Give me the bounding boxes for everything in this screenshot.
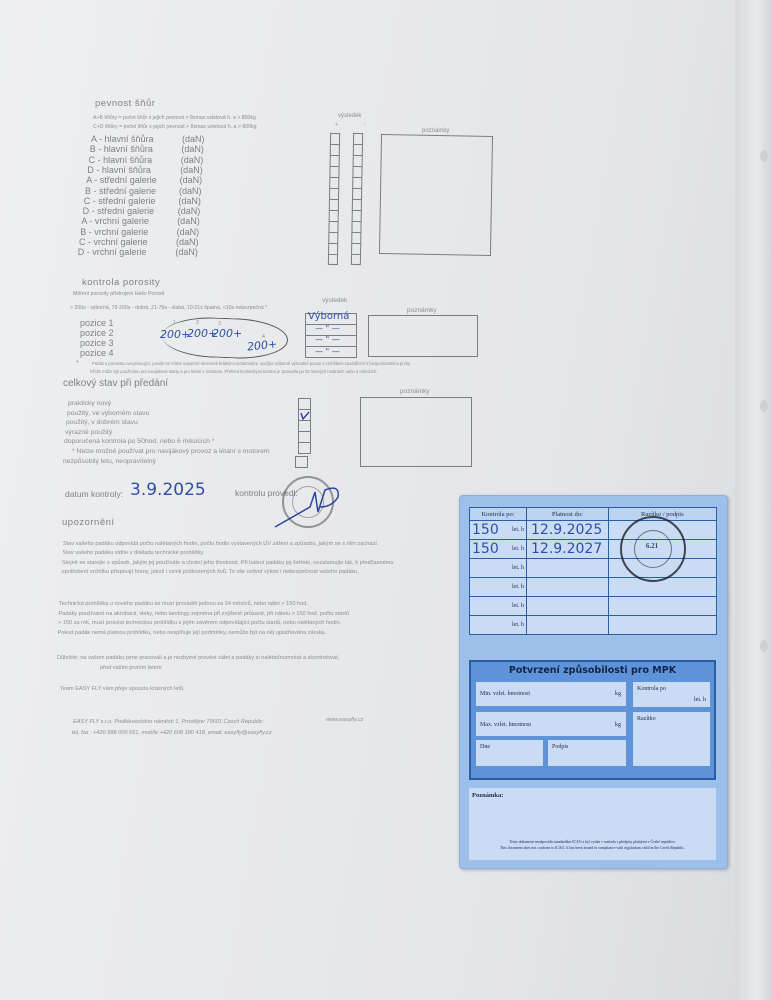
- card-valid-cell[interactable]: 12.9.2027: [527, 540, 609, 559]
- card-hours-unit: let. h: [512, 565, 524, 571]
- porosity-notes-label: poznámky: [407, 307, 437, 314]
- mpk-panel: Potvrzení způsobilosti pro MPK Min. vzle…: [469, 660, 716, 780]
- strength-title: pevnost šňůr: [95, 98, 155, 109]
- check-after-field[interactable]: Kontrola po let. h: [633, 682, 710, 707]
- result-cell[interactable]: [352, 177, 362, 188]
- company-address: EASY FLY s.r.o. Podkleveckého náměstí 1,…: [73, 718, 263, 727]
- strength-row: D - vrchní galerie: [78, 247, 147, 257]
- porosity-result-label: výsledek: [322, 297, 347, 304]
- punch-hole: [760, 640, 768, 652]
- notice-title: upozornění: [62, 517, 115, 528]
- result-cell[interactable]: [329, 210, 339, 221]
- result-cell[interactable]: [351, 254, 361, 265]
- condition-notes-label: poznámky: [400, 388, 430, 395]
- strength-row-unit: (daN): [175, 247, 198, 257]
- card-stamp: 6.21: [620, 516, 686, 582]
- condition-checkbox[interactable]: [298, 442, 311, 454]
- result-minus-label: -: [364, 122, 366, 129]
- strength-row-unit: (daN): [182, 134, 205, 144]
- max-weight-unit: kg: [615, 722, 621, 728]
- porosity-result-4: — " —: [315, 347, 340, 356]
- condition-checkbox[interactable]: [298, 409, 311, 420]
- strength-row: C - střední galerie: [84, 196, 156, 206]
- col-valid-until: Platnost do:: [527, 508, 609, 521]
- porosity-scale: > 200s - výborná, 79-200s - dobrá, 21-79…: [70, 305, 267, 312]
- result-cell[interactable]: [328, 221, 338, 232]
- strength-row-unit: (daN): [177, 227, 200, 237]
- result-cell[interactable]: [352, 199, 362, 210]
- porosity-footnote-2: Křídlo může být používáno pro navijákové…: [90, 369, 377, 374]
- porosity-position: pozice 3: [80, 338, 114, 348]
- porosity-subtitle: Měření porosity přístrojem Hello Porosit: [73, 291, 164, 298]
- date-field[interactable]: Dne: [476, 740, 543, 766]
- card-valid-cell[interactable]: [527, 597, 609, 616]
- result-cell[interactable]: [329, 166, 339, 177]
- strength-row-unit: (daN): [179, 186, 202, 196]
- result-cell[interactable]: [353, 133, 363, 144]
- card-hours-cell[interactable]: let. h: [470, 559, 527, 578]
- card-stamp-cell[interactable]: [608, 616, 716, 635]
- strength-row-unit: (daN): [178, 206, 201, 216]
- inspection-card-table: Kontrola po: Platnost do: Razítko / podp…: [469, 507, 717, 635]
- result-cell[interactable]: [352, 188, 362, 199]
- legal-cz: Tento dokument neodpovídá standardům ICA…: [469, 840, 716, 844]
- card-hours-cell[interactable]: let. h: [470, 597, 527, 616]
- company-contact: tel, fax : +420 588 000 651, mobile +420…: [72, 729, 272, 738]
- card-hours-unit: let. h: [512, 546, 524, 552]
- result-plus-label: +: [335, 122, 338, 129]
- card-row: let. h: [470, 597, 717, 616]
- important-note-2: před vaším prvním letem: [100, 664, 162, 673]
- strength-row-label: C - hlavní šňůra: [89, 155, 153, 165]
- min-weight-unit: kg: [615, 691, 621, 697]
- date-field-label: Dne: [480, 744, 490, 750]
- strength-formula-1: A+B šňůry = počet šňůr x jejich pevnost …: [93, 115, 256, 122]
- result-cell[interactable]: [328, 254, 338, 265]
- signature-field[interactable]: Podpis: [548, 740, 626, 766]
- result-cell[interactable]: [351, 232, 361, 243]
- strength-row-unit: (daN): [176, 237, 199, 247]
- max-weight-label: Max. vzlet. hmotnost: [480, 722, 531, 728]
- condition-option-label: výrazně použitý: [65, 428, 112, 437]
- notice-line: opotřebení vrchlíku přispívají hrany, ja…: [62, 568, 359, 577]
- porosity-column-number: 2: [196, 320, 199, 327]
- card-row: let. h: [470, 616, 717, 635]
- result-cell[interactable]: [328, 243, 338, 254]
- strength-row-unit: (daN): [181, 155, 204, 165]
- strength-row-label: C - vrchní galerie: [79, 237, 148, 247]
- porosity-title: kontrola porosity: [82, 277, 160, 288]
- strength-row-unit: (daN): [178, 196, 201, 206]
- date-label: datum kontroly:: [65, 489, 123, 499]
- asterisk: *: [76, 360, 79, 367]
- condition-checkbox[interactable]: [298, 431, 311, 442]
- card-hours-cell[interactable]: 150 let. h: [470, 521, 527, 540]
- porosity-result-2: — " —: [315, 324, 340, 333]
- strength-row: A - hlavní šňůra: [91, 134, 154, 144]
- card-hours-unit: let. h: [512, 584, 524, 590]
- max-weight-field[interactable]: Max. vzlet. hmotnost kg: [476, 712, 626, 736]
- company-website[interactable]: www.easyfly.cz: [326, 716, 364, 725]
- strength-row: C - hlavní šňůra: [89, 155, 153, 165]
- condition-option-label: použitý, v dobrém stavu: [66, 418, 138, 427]
- strength-row: D - střední galerie: [83, 206, 155, 216]
- condition-option-label: použitý, ve výborném stavu: [67, 409, 149, 418]
- condition-title: celkový stav při předání: [63, 378, 168, 389]
- col-check-after: Kontrola po:: [470, 508, 527, 521]
- card-valid-value: 12.9.2025: [531, 522, 602, 538]
- condition-unfit-label: nezpůsobilý letu, neopravitelný: [63, 457, 156, 466]
- notice-line: Stav vašeho padáku vidíte v dokladu tech…: [63, 549, 205, 558]
- date-value: 3.9.2025: [130, 480, 206, 500]
- strength-row-unit: (daN): [180, 165, 203, 175]
- strength-notes-box[interactable]: [379, 134, 493, 256]
- legal-en: This document does not conform to ICAO. …: [469, 846, 716, 850]
- strength-row: A - vrchní galerie: [81, 216, 149, 226]
- result-cell[interactable]: [329, 188, 339, 199]
- notice-line: Pokud padák nemá platnou prohlídku, nebo…: [58, 629, 327, 638]
- card-hours-value: 150: [472, 522, 499, 538]
- porosity-position: pozice 1: [80, 318, 114, 328]
- punch-hole: [760, 400, 768, 412]
- card-stamp-date: 6.21: [632, 542, 672, 550]
- notice-line: Technická prohlídka u nového padáku se m…: [59, 600, 308, 609]
- result-cell[interactable]: [330, 144, 340, 155]
- card-stamp-cell[interactable]: [608, 597, 716, 616]
- card-valid-cell[interactable]: [527, 559, 609, 578]
- strength-row-label: C - střední galerie: [84, 196, 156, 206]
- card-valid-cell[interactable]: [527, 578, 609, 597]
- card-row: let. h: [470, 578, 717, 597]
- check-after-label: Kontrola po: [637, 686, 666, 692]
- strength-row-unit: (daN): [181, 144, 204, 154]
- inspector-signature: [270, 482, 350, 532]
- result-cell[interactable]: [352, 166, 362, 177]
- strength-result-label: výsledek: [338, 113, 361, 120]
- notice-line: Stejně se starejte o způsob, jakým jej p…: [62, 559, 393, 568]
- team-wish: Team EASY FLY vám přeje spoustu krásných…: [60, 685, 185, 694]
- card-valid-cell[interactable]: [527, 616, 609, 635]
- strength-row-label: D - vrchní galerie: [78, 247, 147, 257]
- result-cell[interactable]: [353, 155, 363, 166]
- card-valid-cell[interactable]: 12.9.2025: [527, 521, 609, 540]
- unfit-checkbox[interactable]: [295, 456, 308, 468]
- strength-row: B - střední galerie: [85, 186, 156, 196]
- porosity-result-box[interactable]: Výborná — " — — " — — " —: [305, 313, 357, 358]
- important-note: Důležité: na vašem padáku jsme pracovali…: [57, 654, 339, 663]
- porosity-footnote-1: Padák s porositou nevyhovující, povolit …: [92, 361, 411, 366]
- condition-checkboxes: [298, 398, 309, 454]
- result-cell[interactable]: [329, 177, 339, 188]
- notice-line: Padáky používané na akrobacii, vleky, ne…: [59, 610, 349, 619]
- result-cell[interactable]: [330, 133, 340, 144]
- note-field[interactable]: Poznámka: Tento dokument neodpovídá stan…: [469, 788, 716, 860]
- result-cell[interactable]: [329, 199, 339, 210]
- porosity-position: pozice 2: [80, 328, 114, 338]
- porosity-column-number: 1: [173, 320, 176, 327]
- strength-row: C - vrchní galerie: [79, 237, 148, 247]
- card-hours-unit: let. h: [512, 622, 524, 628]
- stamp-field[interactable]: Razítko: [633, 712, 710, 766]
- result-cell[interactable]: [353, 144, 363, 155]
- porosity-result-3: — " —: [315, 335, 340, 344]
- strength-row-label: D - hlavní šňůra: [87, 165, 151, 175]
- notice-line: Stav vašeho padáku odpovídá počtu naléta…: [63, 540, 378, 549]
- card-hours-unit: let. h: [512, 527, 524, 533]
- strength-row-unit: (daN): [180, 175, 203, 185]
- strength-row: B - hlavní šňůra: [90, 144, 153, 154]
- stamp-field-label: Razítko: [637, 716, 656, 722]
- strength-row-label: B - vrchní galerie: [80, 227, 148, 237]
- inspection-card: Kontrola po: Platnost do: Razítko / podp…: [459, 495, 728, 869]
- condition-checkbox[interactable]: [298, 398, 311, 409]
- strength-row-label: D - střední galerie: [83, 206, 155, 216]
- strength-row-unit: (daN): [177, 216, 200, 226]
- strength-row-label: A - hlavní šňůra: [91, 134, 154, 144]
- condition-warning: * Nelze možné používat pro navijákový pr…: [72, 447, 270, 456]
- note-label: Poznámka:: [472, 792, 503, 799]
- mpk-title: Potvrzení způsobilosti pro MPK: [471, 665, 714, 676]
- result-cell[interactable]: [352, 210, 362, 221]
- card-hours-unit: let. h: [512, 603, 524, 609]
- signature-field-label: Podpis: [552, 744, 568, 750]
- strength-row-label: A - střední galerie: [86, 175, 157, 185]
- strength-row-label: B - střední galerie: [85, 186, 156, 196]
- strength-row-label: A - vrchní galerie: [81, 216, 149, 226]
- condition-option-label: prakticky nový: [68, 399, 111, 408]
- min-weight-label: Min. vzlet. hmotnost: [480, 691, 530, 697]
- result-cell[interactable]: [330, 155, 340, 166]
- porosity-notes-box[interactable]: [368, 315, 478, 357]
- card-hours-cell[interactable]: let. h: [470, 616, 527, 635]
- porosity-result-1: Výborná: [308, 311, 349, 322]
- strength-formula-2: C+D šňůry = počet šňůr x jejich pevnost …: [93, 124, 257, 131]
- min-weight-field[interactable]: Min. vzlet. hmotnost kg: [476, 682, 626, 706]
- check-after-unit: let. h: [694, 697, 706, 703]
- card-valid-value: 12.9.2027: [531, 541, 602, 557]
- condition-notes-box[interactable]: [360, 397, 472, 467]
- result-cell[interactable]: [351, 243, 361, 254]
- strength-row: A - střední galerie: [86, 175, 157, 185]
- card-hours-cell[interactable]: 150 let. h: [470, 540, 527, 559]
- card-hours-value: 150: [472, 541, 499, 557]
- porosity-value-1: 200+: [160, 328, 190, 341]
- result-cell[interactable]: [328, 232, 338, 243]
- notice-line: > 150 za rok, musí provést technickou pr…: [58, 619, 341, 628]
- porosity-value-3: 200+: [212, 327, 242, 340]
- result-cell[interactable]: [351, 221, 361, 232]
- card-hours-cell[interactable]: let. h: [470, 578, 527, 597]
- punch-hole: [760, 150, 768, 162]
- porosity-position: pozice 4: [80, 348, 114, 358]
- condition-option-label: doporučená kontrola po 50hod. nebo 6 měs…: [64, 437, 214, 446]
- strength-row-label: B - hlavní šňůra: [90, 144, 153, 154]
- strength-row: B - vrchní galerie: [80, 227, 148, 237]
- condition-checkbox[interactable]: [298, 420, 311, 431]
- strength-row: D - hlavní šňůra: [87, 165, 151, 175]
